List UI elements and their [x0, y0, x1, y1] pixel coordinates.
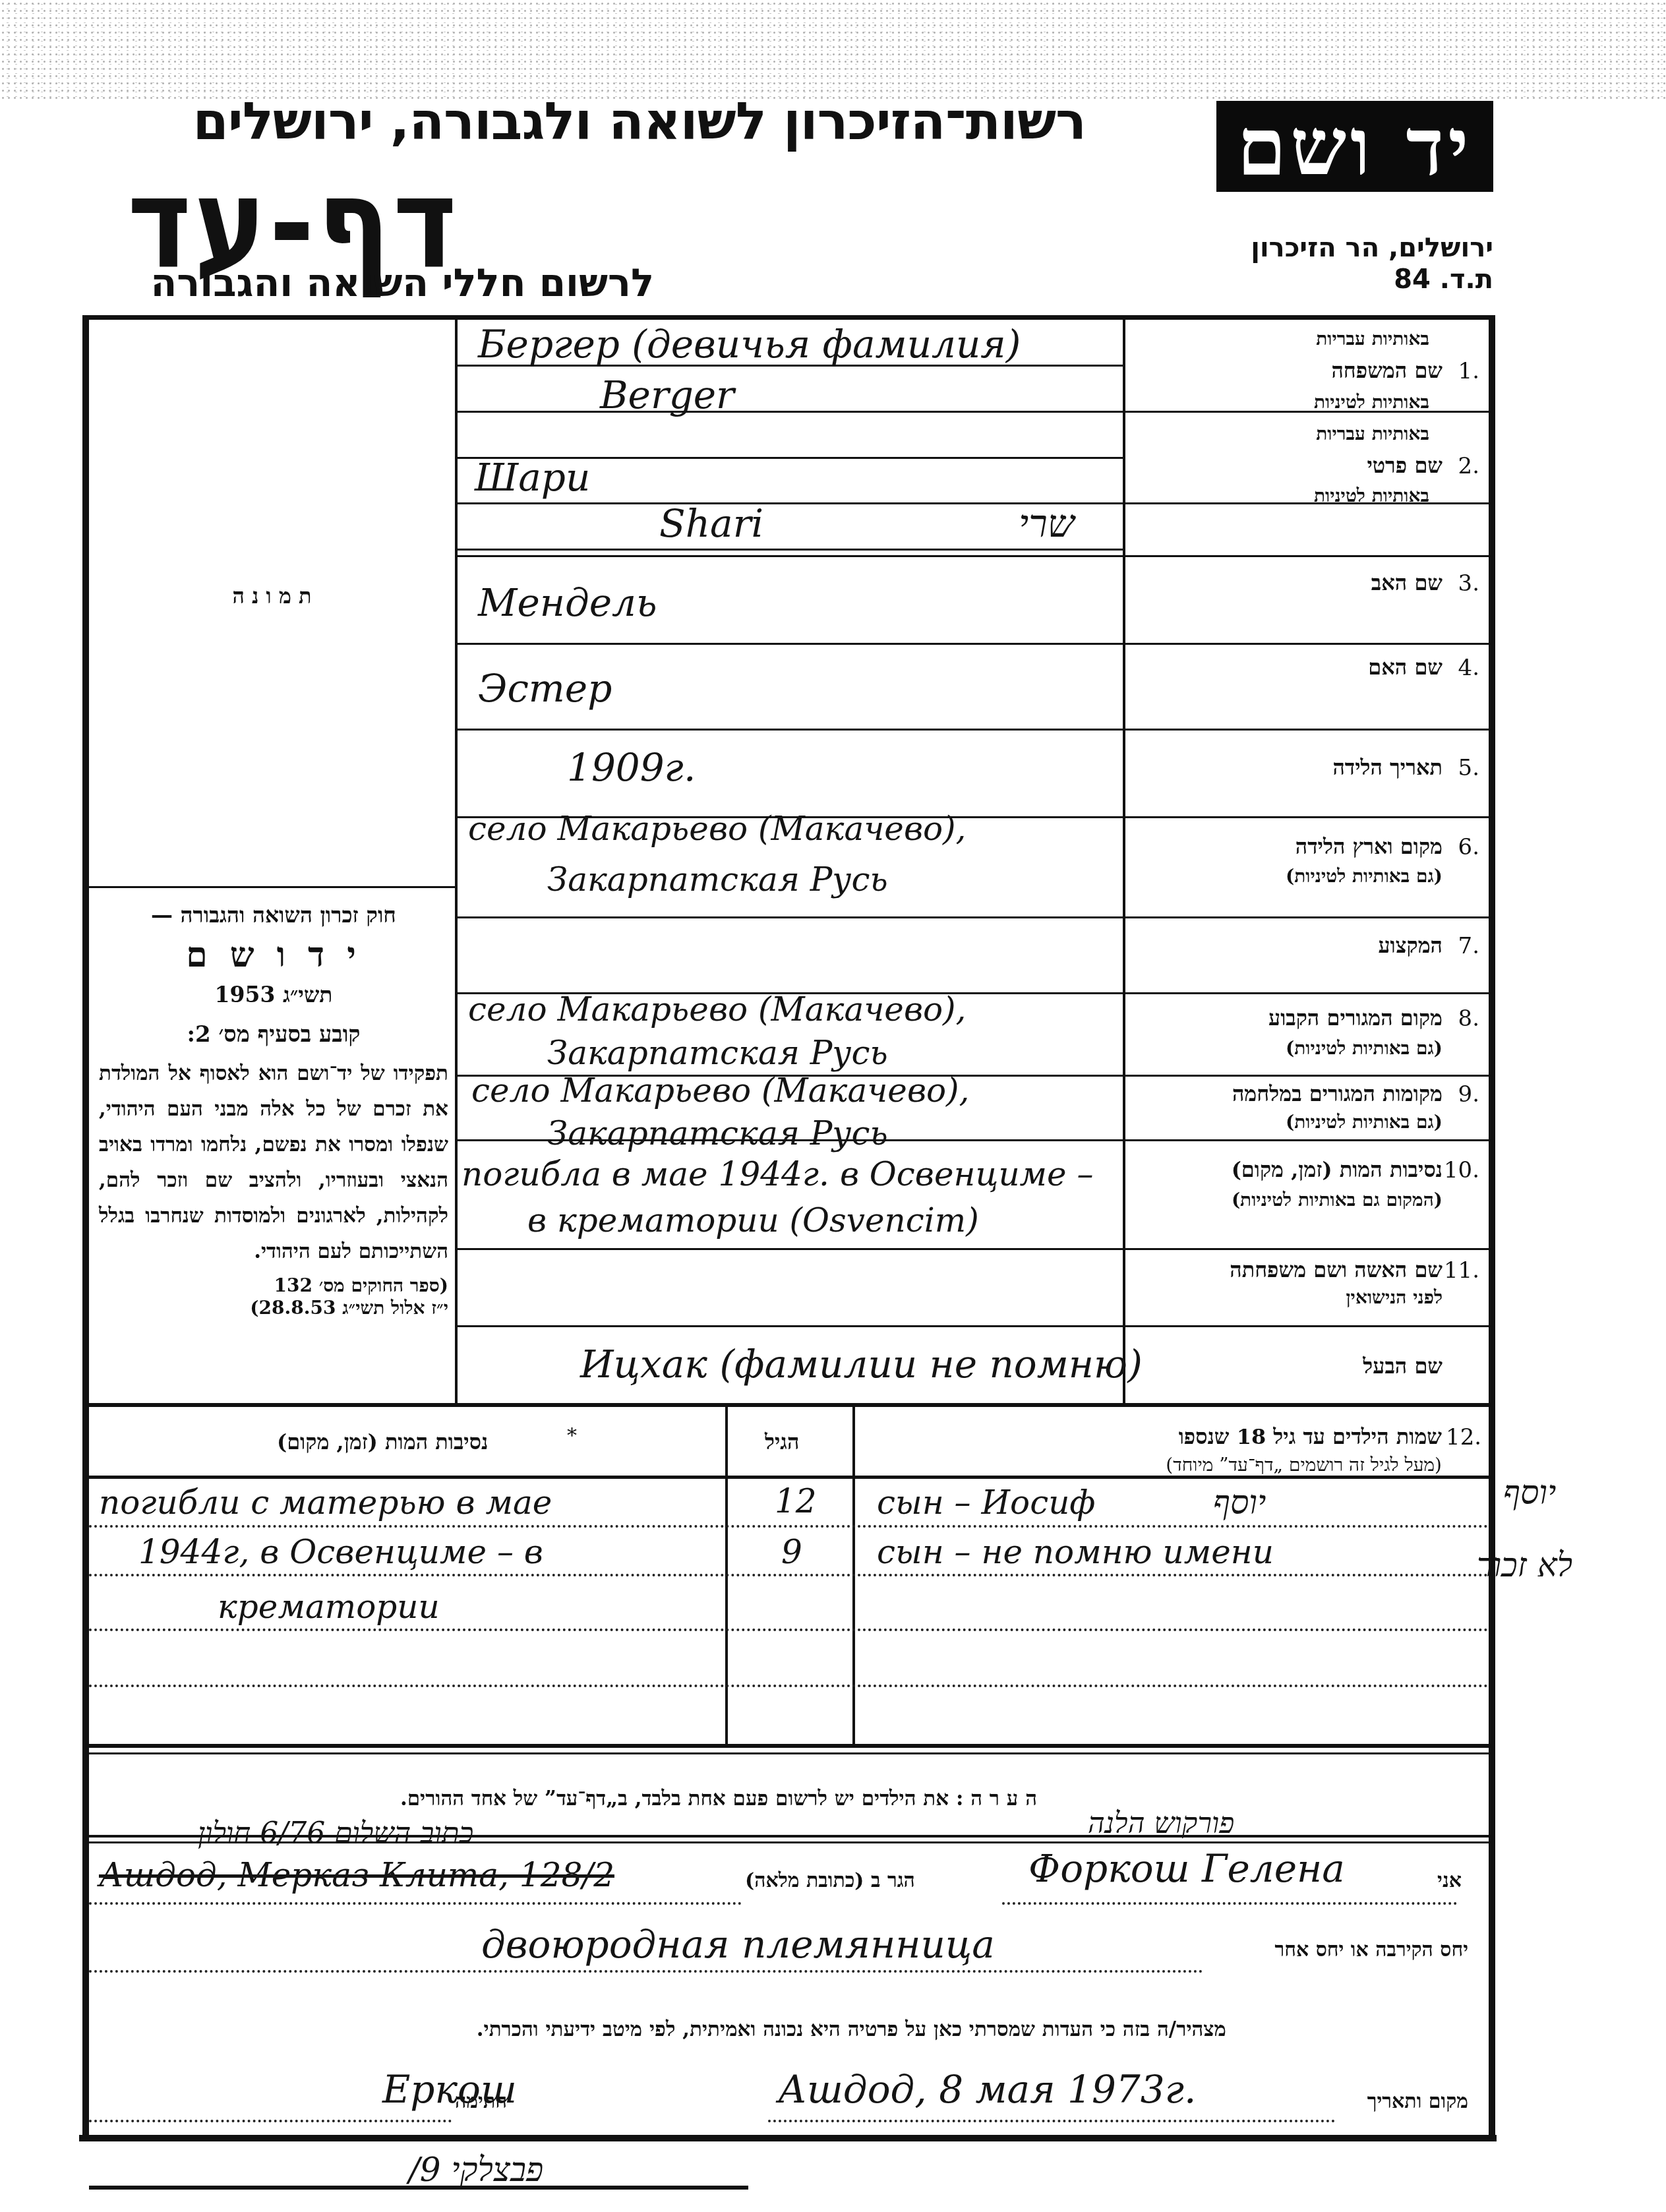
place-date-line: [768, 2120, 1335, 2122]
husband-name-label: שם הבעל: [1363, 1354, 1443, 1379]
children-registration-note: ה ע ר ה : את הילדים יש לרשום פעם אחת בלב…: [264, 1787, 1174, 1810]
photo-label: ת מ ו נ ה: [89, 583, 455, 609]
child-2-age[interactable]: 9: [781, 1533, 802, 1571]
field-2-latin-letters-hint: באותיות לטיניות: [1314, 485, 1429, 507]
field-5-value[interactable]: 1909г.: [567, 745, 696, 790]
children-header-label: שמות הילדים עד גיל 18 שנספו: [1179, 1424, 1442, 1449]
child-2-cause[interactable]: 1944г, в Освенциме – в: [138, 1533, 543, 1571]
children-section-bottom: [86, 1744, 1493, 1748]
bottom-rule: [89, 2186, 748, 2190]
address-struck-out[interactable]: Ашдод, Мерказ Клита, 128/2: [99, 1856, 614, 1894]
submitter-name-hebrew[interactable]: פורקוש הלנה: [1088, 1807, 1234, 1840]
signature-value[interactable]: Еркош: [382, 2067, 517, 2112]
field-1-label: שם המשפחה: [1331, 358, 1443, 383]
field-11-label: שם האשה ושם משפחתה: [1230, 1257, 1443, 1282]
children-age-name-divider: [852, 1407, 855, 1747]
frame-top: [82, 315, 1495, 320]
address-block: ירושלים, הר הזיכרון ת.ד. 84: [1213, 232, 1493, 295]
photo-column-divider: [455, 320, 458, 1404]
field-6-label: מקום וארץ הלידה: [1295, 834, 1443, 859]
field-2-hebrew-letters-hint: באותיות עבריות: [1316, 423, 1429, 445]
field-1-latin-letters-hint: באותיות לטיניות: [1314, 391, 1429, 413]
frame-right: [1489, 318, 1495, 2137]
law-year: תשי״ג 1953: [99, 982, 448, 1008]
children-row-2-line: [89, 1574, 1489, 1576]
field-6-number: 6.: [1458, 834, 1479, 860]
form-subtitle: לרשום חללי השואה והגבורה: [61, 260, 654, 305]
cause-column-header: נסיבות המות (זמן, מקום): [277, 1429, 488, 1454]
relation-label: יחס הקירבה או יחס אחר: [1275, 1938, 1468, 1961]
field-3-number: 3.: [1458, 570, 1479, 597]
field-4-number: 4.: [1458, 655, 1479, 681]
i-label: אני: [1437, 1869, 1462, 1892]
field-1-value-cyrillic[interactable]: Бергер (девичья фамилия): [478, 322, 1021, 367]
field-1-number: 1.: [1458, 358, 1479, 384]
children-cause-age-divider: [725, 1407, 728, 1747]
children-header-number: 12.: [1446, 1424, 1481, 1450]
field-3-value[interactable]: Мендель: [478, 580, 657, 625]
submitter-name-line: [1002, 1902, 1457, 1905]
field-9-value-line-1[interactable]: село Макарьево (Макачево),: [471, 1071, 970, 1110]
field-6-value-line-1[interactable]: село Макарьево (Макачево),: [468, 810, 967, 848]
children-row-1-line: [89, 1525, 1489, 1528]
field-9-label: מקומות המגורים במלחמה: [1232, 1081, 1443, 1106]
field-2-label: שם פרטי: [1367, 453, 1443, 478]
law-clause: קובע בסעיף מס׳ 2:: [99, 1021, 448, 1048]
children-row-4-line: [89, 1685, 1489, 1687]
children-row-3-line: [89, 1629, 1489, 1631]
child-3-cause[interactable]: крематории: [218, 1588, 440, 1626]
field-10-hint: (המקום גם באותיות לטיניות): [1232, 1189, 1443, 1211]
children-header-text: שמות הילדים עד גיל 18 שנספו: [1179, 1424, 1442, 1449]
field-11-hint: לפני הנישואין: [1346, 1286, 1443, 1309]
child-2-name[interactable]: сын – не помню имени: [877, 1533, 1274, 1571]
address-line: [89, 1902, 742, 1905]
cause-header-asterisk: *: [567, 1424, 577, 1447]
field-6-value-line-2[interactable]: Закарпатская Русь: [547, 860, 888, 899]
organization-line: רשות־הזיכרון לשואה ולגבורה, ירושלים: [97, 92, 1086, 152]
field-2-value-latin[interactable]: Shari: [659, 501, 763, 546]
field-10-number: 10.: [1444, 1157, 1479, 1183]
age-column-header: הגיל: [765, 1429, 799, 1454]
margin-note-child-1: יוסף: [1503, 1474, 1556, 1512]
field-8-value-line-1[interactable]: село Макарьево (Макачево),: [468, 990, 967, 1029]
field-8-label: מקום המגורים הקבוע: [1268, 1005, 1443, 1031]
declaration-statement: מצהיר/ה בזה כי העדות שמסרתי כאן על פרטיה…: [264, 2018, 1226, 2041]
scan-noise: [0, 0, 1666, 99]
field-9-hint: (גם באותיות לטיניות): [1286, 1111, 1443, 1133]
law-title: חוק זכרון השואה והגבורה —: [99, 902, 448, 928]
field-6-hint: (גם באותיות לטיניות): [1286, 865, 1443, 887]
field-8-number: 8.: [1458, 1005, 1479, 1032]
place-date-label: מקום ותאריך: [1367, 2090, 1468, 2113]
po-box: ת.ד. 84: [1213, 264, 1493, 295]
field-labels-column: באותיות עבריות שם המשפחה 1. באותיות לטינ…: [1127, 320, 1489, 1404]
field-8-value-line-2[interactable]: Закарпатская Русь: [547, 1034, 888, 1072]
resides-at-label: הגר ב (כתובת מלאה): [745, 1869, 915, 1892]
field-3-label: שם האב: [1371, 570, 1443, 595]
yad-vashem-logo: יד ושם: [1216, 101, 1493, 192]
husband-name-value[interactable]: Ицхак (фамилии не помню): [580, 1342, 1143, 1387]
field-5-number: 5.: [1458, 755, 1479, 781]
child-1-name-hebrew[interactable]: יוסף: [1213, 1483, 1266, 1522]
child-1-age[interactable]: 12: [775, 1482, 817, 1520]
field-2-value-cyrillic[interactable]: Шари: [475, 455, 590, 500]
field-4-label: שם האם: [1368, 655, 1443, 680]
bottom-handwritten-note: פבצלקי 9/: [409, 2151, 543, 2189]
children-header-subnote: (מעל לגיל זה רושמים „דף־עד” מיוחד): [1166, 1454, 1442, 1476]
submitter-name[interactable]: Форкош Гелена: [1028, 1846, 1345, 1891]
relation-value[interactable]: двоюродная племянница: [481, 1922, 995, 1967]
field-10-label: נסיבות המות (זמן, מקום): [1232, 1157, 1443, 1182]
photo-box-bottom: [89, 886, 455, 888]
field-7-number: 7.: [1458, 933, 1479, 959]
law-box: חוק זכרון השואה והגבורה — י ד ו ש ם תשי״…: [99, 897, 448, 1398]
frame-bottom: [79, 2135, 1497, 2141]
field-2-hebrew-annotation[interactable]: שרי: [1019, 501, 1075, 546]
field-2-number: 2.: [1458, 453, 1479, 479]
law-name: י ד ו ש ם: [99, 935, 448, 975]
law-reference-2: י״ז אלול תשי״ג 28.8.53): [99, 1297, 448, 1319]
child-1-cause[interactable]: погибли с матерью в мае: [99, 1483, 552, 1522]
row-2b-line: [458, 549, 1123, 551]
field-10-value-line-1[interactable]: погибла в мае 1944г. в Освенциме –: [461, 1155, 1094, 1193]
relation-line: [89, 1970, 1203, 1973]
law-body-text: תפקידו של יד־ושם הוא לאסוף אל המולדת את …: [99, 1056, 448, 1269]
field-8-hint: (גם באותיות לטיניות): [1286, 1037, 1443, 1060]
margin-note-child-2: לא זכור: [1477, 1546, 1572, 1584]
field-11-number: 11.: [1444, 1257, 1479, 1284]
law-reference-1: (ספר החוקים מס׳ 132: [99, 1274, 448, 1297]
field-5-label: תאריך הלידה: [1332, 755, 1443, 780]
field-4-value[interactable]: Эстер: [478, 666, 612, 711]
address-corrected[interactable]: כתוב השלום 6/76 חולון: [198, 1816, 473, 1850]
address-line-1: ירושלים, הר הזיכרון: [1213, 232, 1493, 264]
place-date-value[interactable]: Ашдод, 8 мая 1973г.: [778, 2067, 1196, 2112]
field-10-value-line-2[interactable]: в крематории (Osvencim): [527, 1201, 979, 1240]
label-column-divider: [1123, 320, 1125, 1404]
field-9-number: 9.: [1458, 1081, 1479, 1108]
frame-left: [82, 318, 89, 2137]
photo-box: ת מ ו נ ה: [89, 320, 455, 887]
field-7-label: המקצוע: [1378, 933, 1443, 958]
child-1-name[interactable]: сын – Иосиф: [877, 1483, 1096, 1522]
declaration-top-double-line: [86, 1752, 1493, 1754]
signature-line: [89, 2120, 452, 2122]
field-1-hebrew-letters-hint: באותיות עבריות: [1316, 328, 1429, 350]
field-9-value-line-2[interactable]: Закарпатская Русь: [547, 1114, 888, 1152]
field-1-value-latin[interactable]: Berger: [600, 373, 734, 417]
